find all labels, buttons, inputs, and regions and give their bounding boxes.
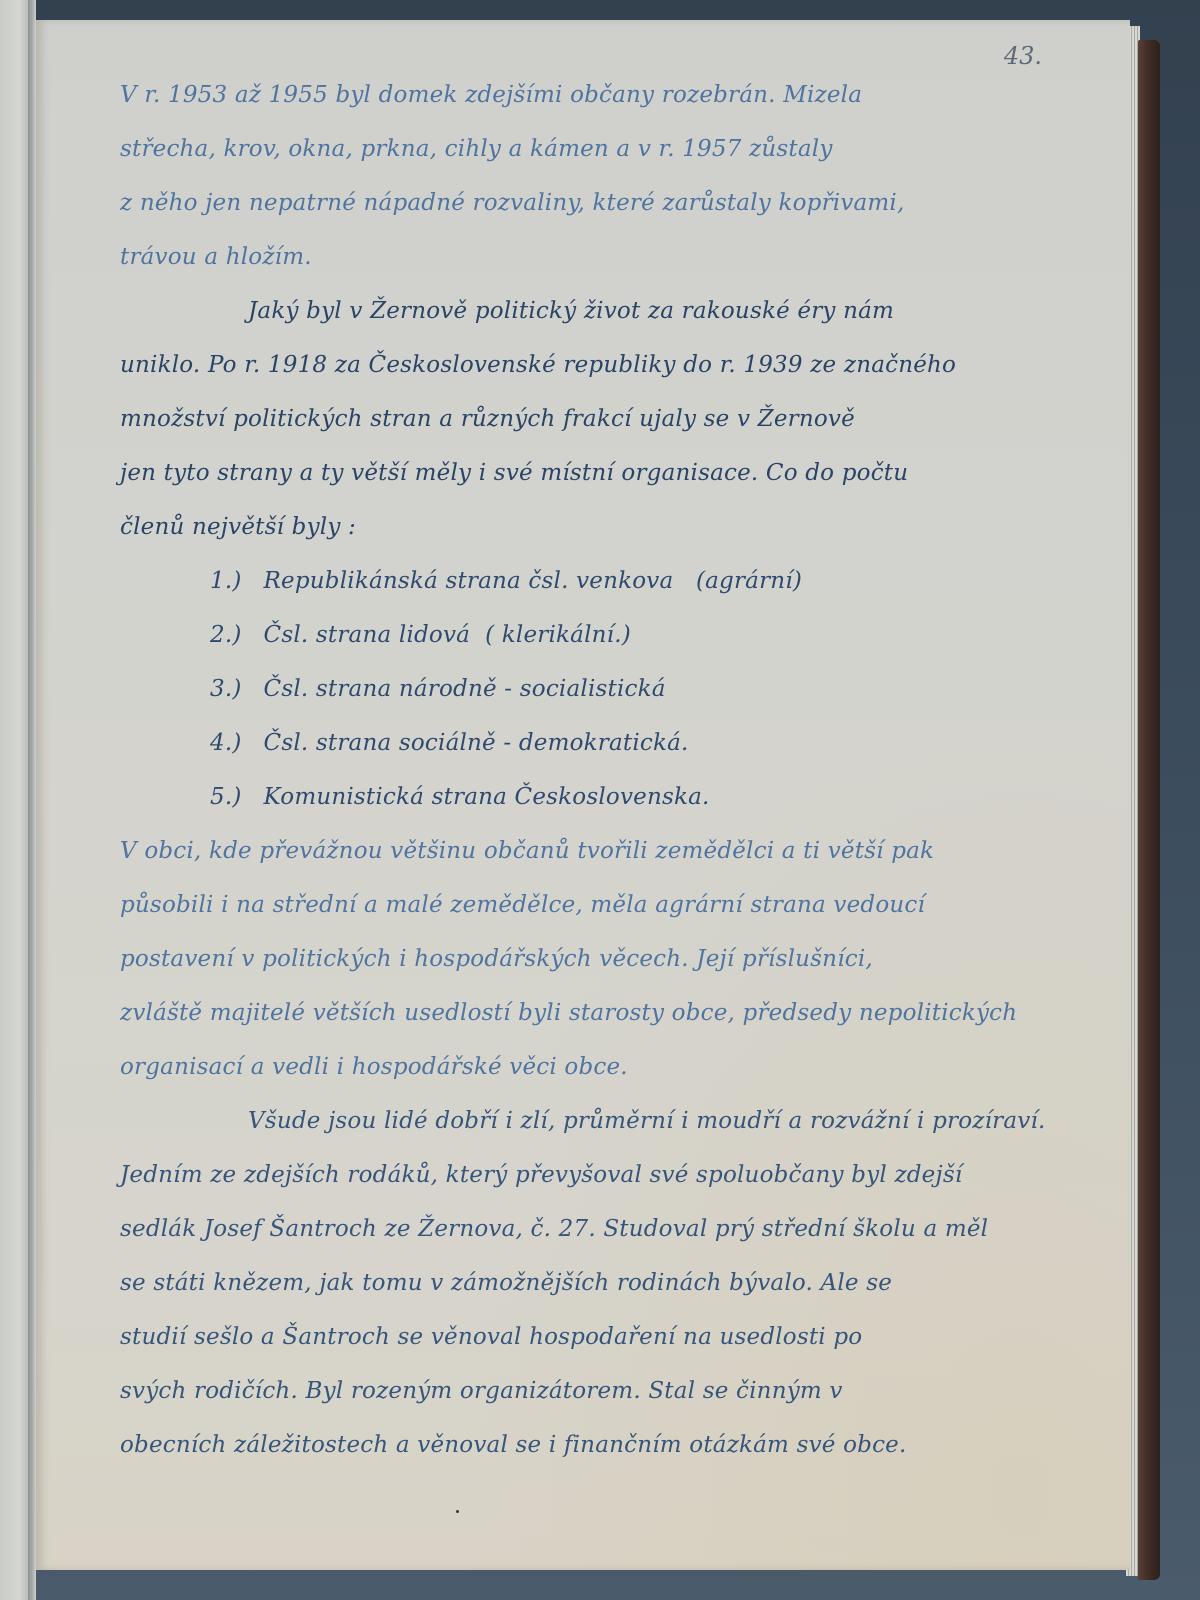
text-line: Jaký byl v Žernově politický život za ra… <box>120 284 1050 338</box>
list-number: 1.) <box>210 554 256 608</box>
previous-page-edge <box>0 0 28 1600</box>
party-name: Čsl. strana lidová <box>264 622 471 648</box>
party-list-item: 1.) Republikánská strana čsl. venkova (a… <box>120 554 1050 608</box>
text-line: V obci, kde převážnou většinu občanů tvo… <box>120 824 1050 878</box>
list-number: 2.) <box>210 608 256 662</box>
text-line: uniklo. Po r. 1918 za Československé rep… <box>120 338 1050 392</box>
party-list-item: 5.) Komunistická strana Československa. <box>120 770 1050 824</box>
text-line: jen tyto strany a ty větší měly i své mí… <box>120 446 1050 500</box>
text-line: střecha, krov, okna, prkna, cihly a káme… <box>120 122 1050 176</box>
text-line: z něho jen nepatrné nápadné rozvaliny, k… <box>120 176 1050 230</box>
party-note: ( klerikální.) <box>485 622 631 648</box>
book-cover-edge <box>1138 40 1160 1580</box>
list-number: 5.) <box>210 770 256 824</box>
list-number: 3.) <box>210 662 256 716</box>
text-line: svých rodičích. Byl rozeným organizátore… <box>120 1364 1050 1418</box>
party-list: 1.) Republikánská strana čsl. venkova (a… <box>120 554 1050 824</box>
party-name: Komunistická strana Československa. <box>264 784 710 810</box>
page-number: 43. <box>1004 42 1042 70</box>
text-line: Všude jsou lidé dobří i zlí, průměrní i … <box>120 1094 1050 1148</box>
text-line: Jedním ze zdejších rodáků, který převyšo… <box>120 1148 1050 1202</box>
party-list-item: 2.) Čsl. strana lidová ( klerikální.) <box>120 608 1050 662</box>
text-line: členů největší byly : <box>120 500 1050 554</box>
text-line: obecních záležitostech a věnoval se i fi… <box>120 1418 1050 1472</box>
handwritten-text: V r. 1953 až 1955 byl domek zdejšími obč… <box>120 68 1050 1472</box>
text-line: působili i na střední a malé zemědělce, … <box>120 878 1050 932</box>
text-line: studií sešlo a Šantroch se věnoval hospo… <box>120 1310 1050 1364</box>
paragraph-3: V obci, kde převážnou většinu občanů tvo… <box>120 824 1050 1094</box>
list-number: 4.) <box>210 716 256 770</box>
paragraph-4: Všude jsou lidé dobří i zlí, průměrní i … <box>120 1094 1050 1472</box>
party-name: Republikánská strana čsl. venkova <box>264 568 674 594</box>
ink-speck <box>456 1510 459 1513</box>
chronicle-page: 43. V r. 1953 až 1955 byl domek zdejšími… <box>36 20 1130 1570</box>
text-line: zvláště majitelé větších usedlostí byli … <box>120 986 1050 1040</box>
text-line: sedlák Josef Šantroch ze Žernova, č. 27.… <box>120 1202 1050 1256</box>
paragraph-2: Jaký byl v Žernově politický život za ra… <box>120 284 1050 554</box>
text-line: množství politických stran a různých fra… <box>120 392 1050 446</box>
party-list-item: 4.) Čsl. strana sociálně - demokratická. <box>120 716 1050 770</box>
text-line: postavení v politických i hospodářských … <box>120 932 1050 986</box>
text-line: V r. 1953 až 1955 byl domek zdejšími obč… <box>120 68 1050 122</box>
party-name: Čsl. strana sociálně - demokratická. <box>264 730 689 756</box>
text-line: se státi knězem, jak tomu v zámožnějších… <box>120 1256 1050 1310</box>
book-photo: 43. V r. 1953 až 1955 byl domek zdejšími… <box>0 0 1200 1600</box>
book-gutter <box>28 0 36 1600</box>
text-line: organisací a vedli i hospodářské věci ob… <box>120 1040 1050 1094</box>
party-list-item: 3.) Čsl. strana národně - socialistická <box>120 662 1050 716</box>
party-name: Čsl. strana národně - socialistická <box>264 676 666 702</box>
party-note: (agrární) <box>696 568 802 594</box>
text-line: trávou a hložím. <box>120 230 1050 284</box>
paragraph-1: V r. 1953 až 1955 byl domek zdejšími obč… <box>120 68 1050 284</box>
